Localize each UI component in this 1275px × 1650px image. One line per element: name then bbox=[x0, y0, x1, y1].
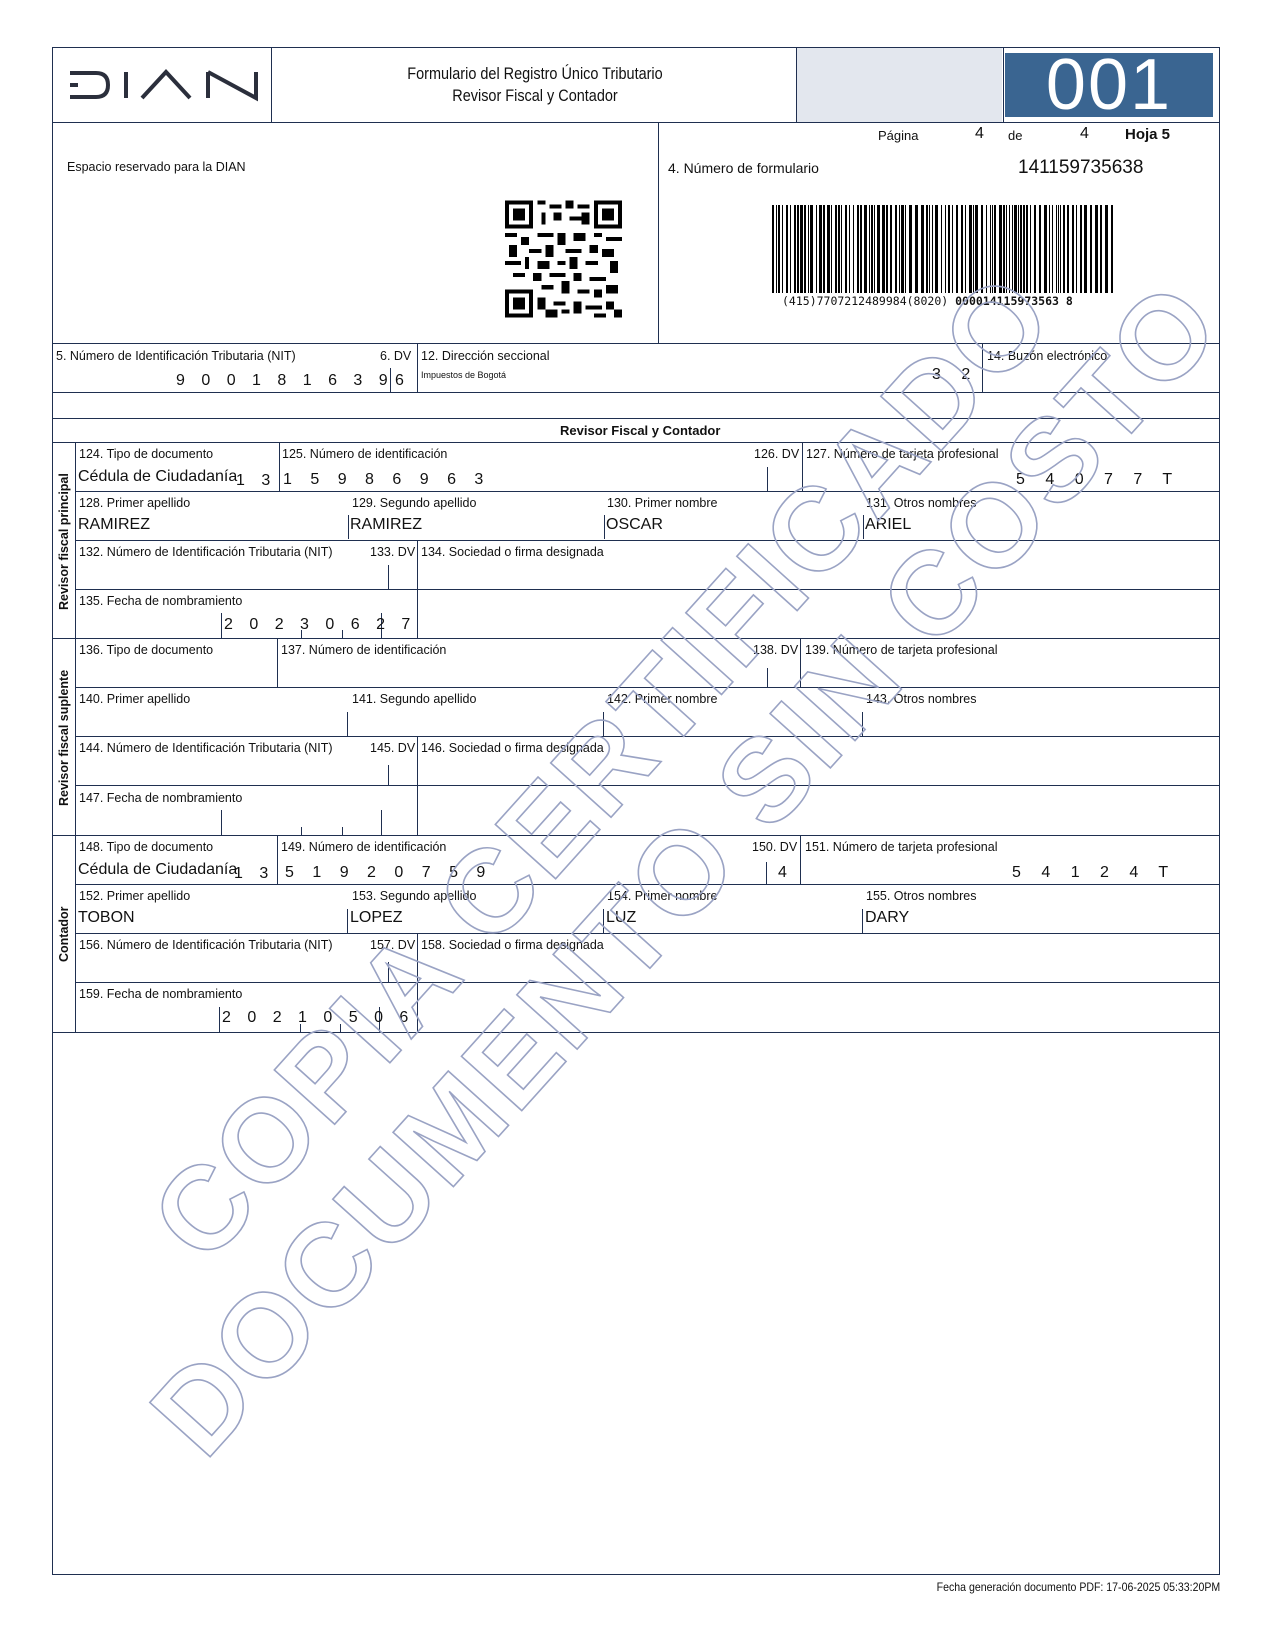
f150-value: 4 bbox=[778, 864, 787, 882]
page-label: Página bbox=[878, 128, 918, 143]
divider bbox=[52, 122, 1220, 123]
f126-label: 126. DV bbox=[754, 447, 799, 461]
f129-label: 129. Segundo apellido bbox=[352, 496, 476, 510]
page-current: 4 bbox=[975, 125, 984, 143]
divider bbox=[802, 442, 803, 491]
divider bbox=[75, 491, 1220, 492]
f159-label: 159. Fecha de nombramiento bbox=[79, 987, 242, 1001]
f158-label: 158. Sociedad o firma designada bbox=[421, 938, 604, 952]
f153-value: LOPEZ bbox=[350, 909, 402, 927]
f129-value: RAMIREZ bbox=[350, 516, 422, 534]
f131-value: ARIEL bbox=[865, 516, 911, 534]
divider bbox=[982, 343, 983, 392]
divider bbox=[52, 638, 1220, 639]
page-total: 4 bbox=[1080, 125, 1089, 143]
divider bbox=[75, 982, 1220, 983]
f144-label: 144. Número de Identificación Tributaria… bbox=[79, 741, 333, 755]
divider bbox=[52, 835, 1220, 836]
f132-label: 132. Número de Identificación Tributaria… bbox=[79, 545, 333, 559]
barcode-text: (415)7707212489984(8020) 000014115973563… bbox=[782, 294, 1073, 308]
divider bbox=[388, 962, 389, 982]
divider bbox=[277, 835, 278, 884]
f125-label: 125. Número de identificación bbox=[282, 447, 447, 461]
f156-label: 156. Número de Identificación Tributaria… bbox=[79, 938, 333, 952]
divider bbox=[75, 540, 1220, 541]
divider bbox=[863, 515, 864, 539]
divider bbox=[767, 668, 768, 687]
divider bbox=[800, 835, 801, 884]
barcode bbox=[772, 205, 1115, 295]
divider bbox=[862, 909, 863, 933]
divider bbox=[381, 810, 382, 835]
divider bbox=[52, 442, 1220, 443]
seccional-code: 3 2 bbox=[932, 366, 978, 384]
form-number: 141159735638 bbox=[1018, 157, 1143, 179]
f133-label: 133. DV bbox=[370, 545, 415, 559]
divider bbox=[417, 933, 418, 1032]
form-title: Formulario del Registro Único Tributario… bbox=[335, 63, 735, 107]
divider bbox=[417, 343, 418, 392]
nit-value: 9 0 0 1 8 1 6 3 9 bbox=[176, 372, 394, 390]
divider bbox=[388, 765, 389, 785]
f130-value: OSCAR bbox=[606, 516, 663, 534]
page-of-label: de bbox=[1008, 128, 1022, 143]
f150-label: 150. DV bbox=[752, 840, 797, 854]
divider bbox=[279, 442, 280, 491]
divider bbox=[271, 47, 272, 122]
f152-label: 152. Primer apellido bbox=[79, 889, 190, 903]
divider bbox=[52, 392, 1220, 393]
divider bbox=[301, 827, 302, 835]
f131-label: 131. Otros nombres bbox=[866, 496, 976, 510]
reserved-gray-box bbox=[797, 48, 1002, 122]
divider bbox=[347, 909, 348, 933]
divider bbox=[603, 909, 604, 933]
divider bbox=[417, 736, 418, 835]
divider bbox=[766, 862, 767, 884]
f124-code: 1 3 bbox=[236, 472, 276, 490]
divider bbox=[604, 515, 605, 539]
divider bbox=[221, 810, 222, 835]
f135-value: 2 0 2 3 0 6 2 7 bbox=[224, 616, 416, 634]
f155-label: 155. Otros nombres bbox=[866, 889, 976, 903]
side-label-suplente: Revisor fiscal suplente bbox=[57, 670, 71, 806]
dv-value: 6 bbox=[395, 372, 404, 390]
f148-value: Cédula de Ciudadanía bbox=[78, 861, 237, 879]
f146-label: 146. Sociedad o firma designada bbox=[421, 741, 604, 755]
f127-value: 5 4 0 7 7 T bbox=[1016, 471, 1180, 489]
qr-code bbox=[505, 200, 622, 318]
f154-value: LUZ bbox=[606, 909, 636, 927]
divider bbox=[75, 736, 1220, 737]
form-title-line2: Revisor Fiscal y Contador bbox=[335, 85, 735, 107]
f140-label: 140. Primer apellido bbox=[79, 692, 190, 706]
divider bbox=[52, 1032, 1220, 1033]
f136-label: 136. Tipo de documento bbox=[79, 643, 213, 657]
f127-label: 127. Número de tarjeta profesional bbox=[806, 447, 998, 461]
divider bbox=[348, 515, 349, 539]
f128-label: 128. Primer apellido bbox=[79, 496, 190, 510]
f134-label: 134. Sociedad o firma designada bbox=[421, 545, 604, 559]
form-title-line1: Formulario del Registro Único Tributario bbox=[335, 63, 735, 85]
divider bbox=[75, 442, 76, 1033]
f157-label: 157. DV bbox=[370, 938, 415, 952]
seccional-label: 12. Dirección seccional bbox=[421, 349, 550, 363]
f149-value: 5 1 9 2 0 7 5 9 bbox=[285, 864, 492, 882]
barcode-text-bold: 000014115973563 8 bbox=[955, 294, 1073, 308]
f135-label: 135. Fecha de nombramiento bbox=[79, 594, 242, 608]
reserved-space-label: Espacio reservado para la DIAN bbox=[67, 160, 246, 174]
divider bbox=[388, 565, 389, 589]
divider bbox=[347, 712, 348, 736]
divider bbox=[52, 418, 1220, 419]
barcode-text-plain: (415)7707212489984(8020) bbox=[782, 294, 955, 308]
f148-code: 1 3 bbox=[234, 865, 274, 883]
f159-value: 2 0 2 1 0 5 0 6 bbox=[222, 1009, 414, 1027]
divider bbox=[658, 122, 659, 343]
f147-label: 147. Fecha de nombramiento bbox=[79, 791, 242, 805]
divider bbox=[800, 638, 801, 687]
dian-logo bbox=[68, 68, 260, 102]
divider bbox=[52, 343, 1220, 344]
divider bbox=[767, 467, 768, 491]
f149-label: 149. Número de identificación bbox=[281, 840, 446, 854]
nit-label: 5. Número de Identificación Tributaria (… bbox=[56, 349, 296, 363]
f130-label: 130. Primer nombre bbox=[607, 496, 717, 510]
divider bbox=[342, 827, 343, 835]
divider bbox=[75, 933, 1220, 934]
f152-value: TOBON bbox=[78, 909, 135, 927]
divider bbox=[75, 589, 1220, 590]
f148-label: 148. Tipo de documento bbox=[79, 840, 213, 854]
divider bbox=[862, 712, 863, 736]
f142-label: 142. Primer nombre bbox=[607, 692, 717, 706]
sheet-label: Hoja 5 bbox=[1125, 126, 1170, 143]
f137-label: 137. Número de identificación bbox=[281, 643, 446, 657]
f151-label: 151. Número de tarjeta profesional bbox=[805, 840, 997, 854]
divider bbox=[417, 540, 418, 638]
seccional-value: Impuestos de Bogotá bbox=[421, 370, 506, 380]
f154-label: 154. Primer nombre bbox=[607, 889, 717, 903]
f124-value: Cédula de Ciudadanía bbox=[78, 468, 237, 486]
divider bbox=[221, 613, 222, 638]
section-title: Revisor Fiscal y Contador bbox=[560, 423, 720, 438]
divider bbox=[1003, 47, 1004, 122]
form-number-label: 4. Número de formulario bbox=[668, 160, 819, 176]
buzon-label: 14. Buzón electrónico bbox=[987, 349, 1107, 363]
divider bbox=[603, 712, 604, 736]
f139-label: 139. Número de tarjeta profesional bbox=[805, 643, 997, 657]
f145-label: 145. DV bbox=[370, 741, 415, 755]
divider bbox=[75, 884, 1220, 885]
side-label-principal: Revisor fiscal principal bbox=[57, 473, 71, 610]
form-code-badge: 001 bbox=[1005, 53, 1213, 117]
f125-value: 1 5 9 8 6 9 6 3 bbox=[283, 471, 490, 489]
f155-value: DARY bbox=[865, 909, 909, 927]
side-label-contador: Contador bbox=[57, 906, 71, 962]
f128-value: RAMIREZ bbox=[78, 516, 150, 534]
dv-label: 6. DV bbox=[380, 349, 411, 363]
f141-label: 141. Segundo apellido bbox=[352, 692, 476, 706]
divider bbox=[75, 785, 1220, 786]
divider bbox=[219, 1007, 220, 1032]
f153-label: 153. Segundo apellido bbox=[352, 889, 476, 903]
generated-date: Fecha generación documento PDF: 17-06-20… bbox=[936, 1580, 1220, 1594]
divider bbox=[75, 687, 1220, 688]
f151-value: 5 4 1 2 4 T bbox=[1012, 864, 1176, 882]
divider bbox=[277, 638, 278, 687]
f143-label: 143. Otros nombres bbox=[866, 692, 976, 706]
f124-label: 124. Tipo de documento bbox=[79, 447, 213, 461]
f138-label: 138. DV bbox=[753, 643, 798, 657]
